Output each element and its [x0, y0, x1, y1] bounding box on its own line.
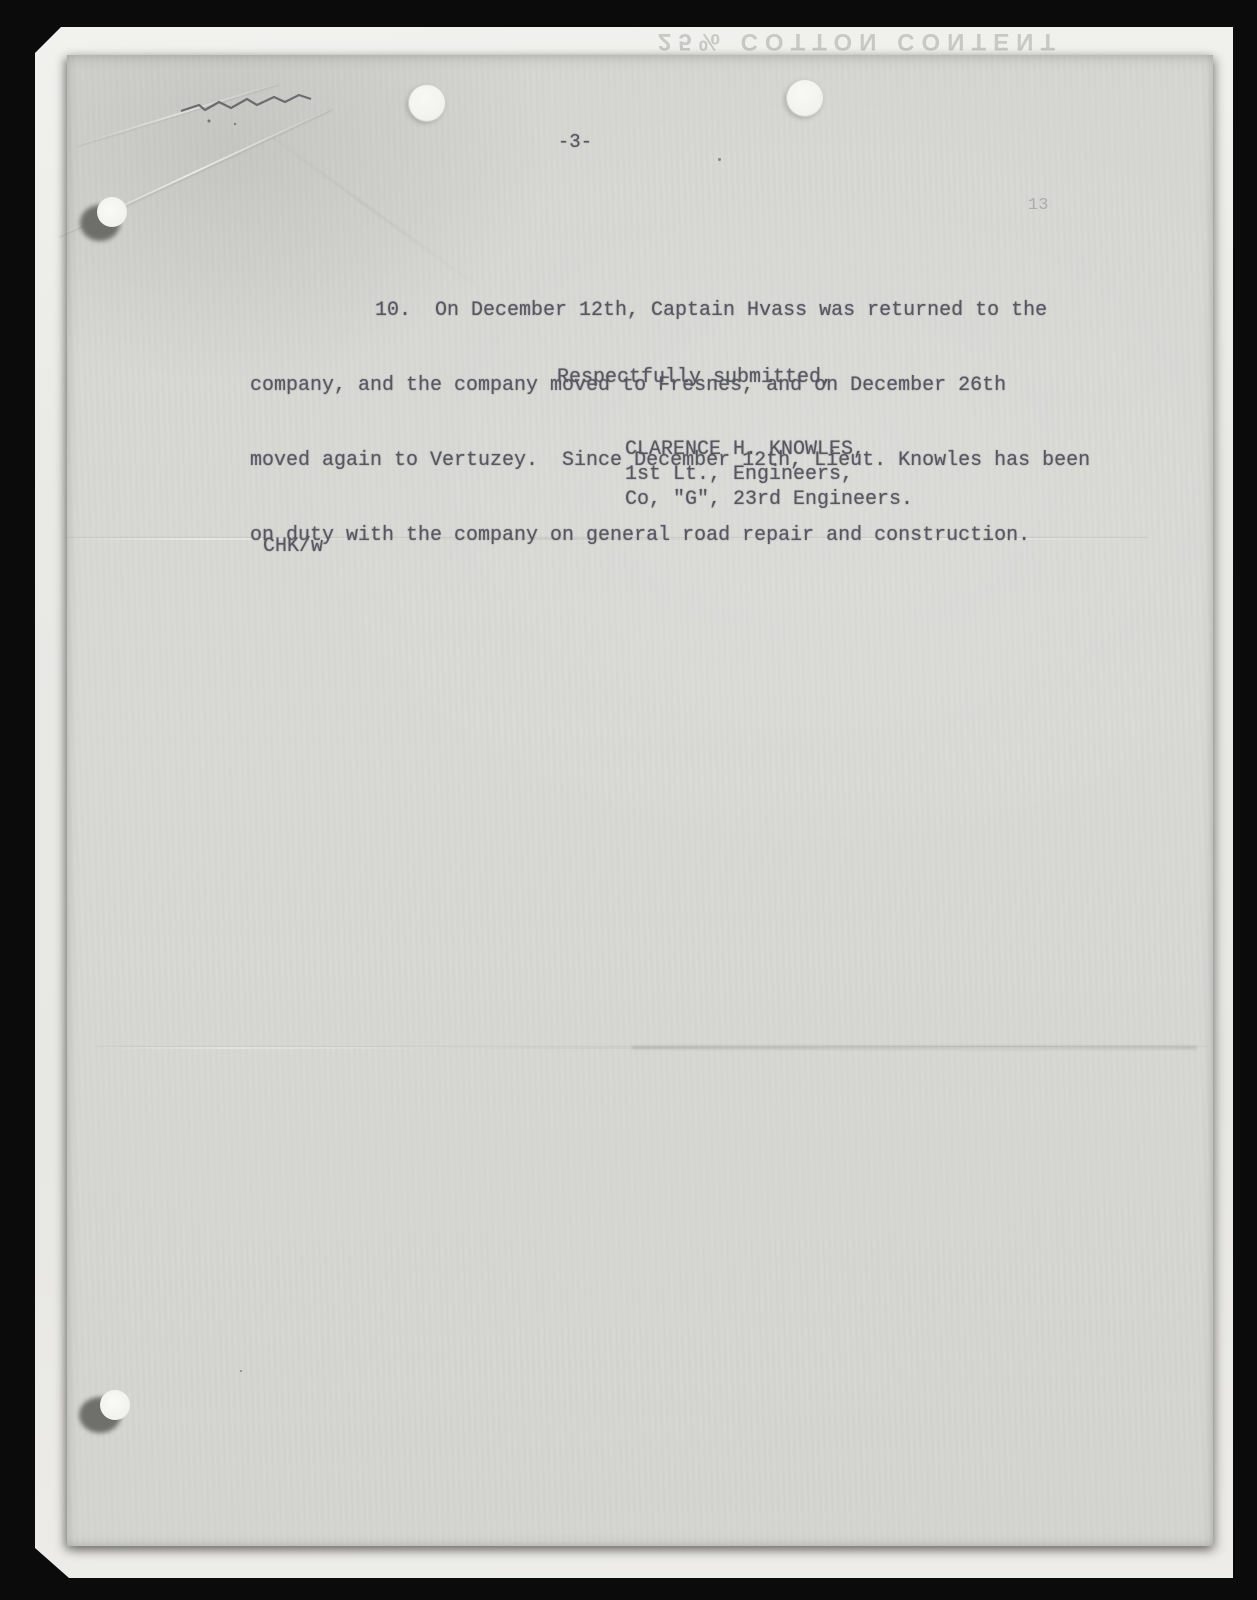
cotton-content-watermark: 25% COTTON CONTENT [580, 27, 1140, 54]
typist-initials: CHK/w [263, 534, 323, 559]
margin-note: 13 [1028, 196, 1048, 215]
body-line: on duty with the company on general road… [250, 523, 1090, 548]
punch-hole-top-left [408, 84, 446, 122]
punch-hole-top-right [786, 79, 824, 117]
body-line: 10. On December 12th, Captain Hvass was … [250, 298, 1090, 323]
paper-speck [718, 158, 721, 161]
paper-tear-mark [179, 85, 319, 127]
page-number: -3- [525, 130, 625, 155]
scanned-document-background: 25% COTTON CONTENT -3- 13 10. On Decembe… [0, 0, 1257, 1600]
crease-smudge [632, 1046, 1197, 1049]
closing-line: Respectfully submitted, [557, 365, 833, 390]
signature-rank: 1st Lt., Engineers, [625, 462, 853, 487]
body-paragraph: 10. On December 12th, Captain Hvass was … [250, 248, 1090, 598]
signature-unit: Co, "G", 23rd Engineers. [625, 487, 913, 512]
signature-name: CLARENCE H. KNOWLES, [625, 437, 865, 462]
paper-speck [240, 1370, 242, 1372]
punch-hole-side [97, 197, 127, 227]
punch-hole-bottom [100, 1390, 130, 1420]
document-page: -3- 13 10. On December 12th, Captain Hva… [67, 55, 1213, 1546]
